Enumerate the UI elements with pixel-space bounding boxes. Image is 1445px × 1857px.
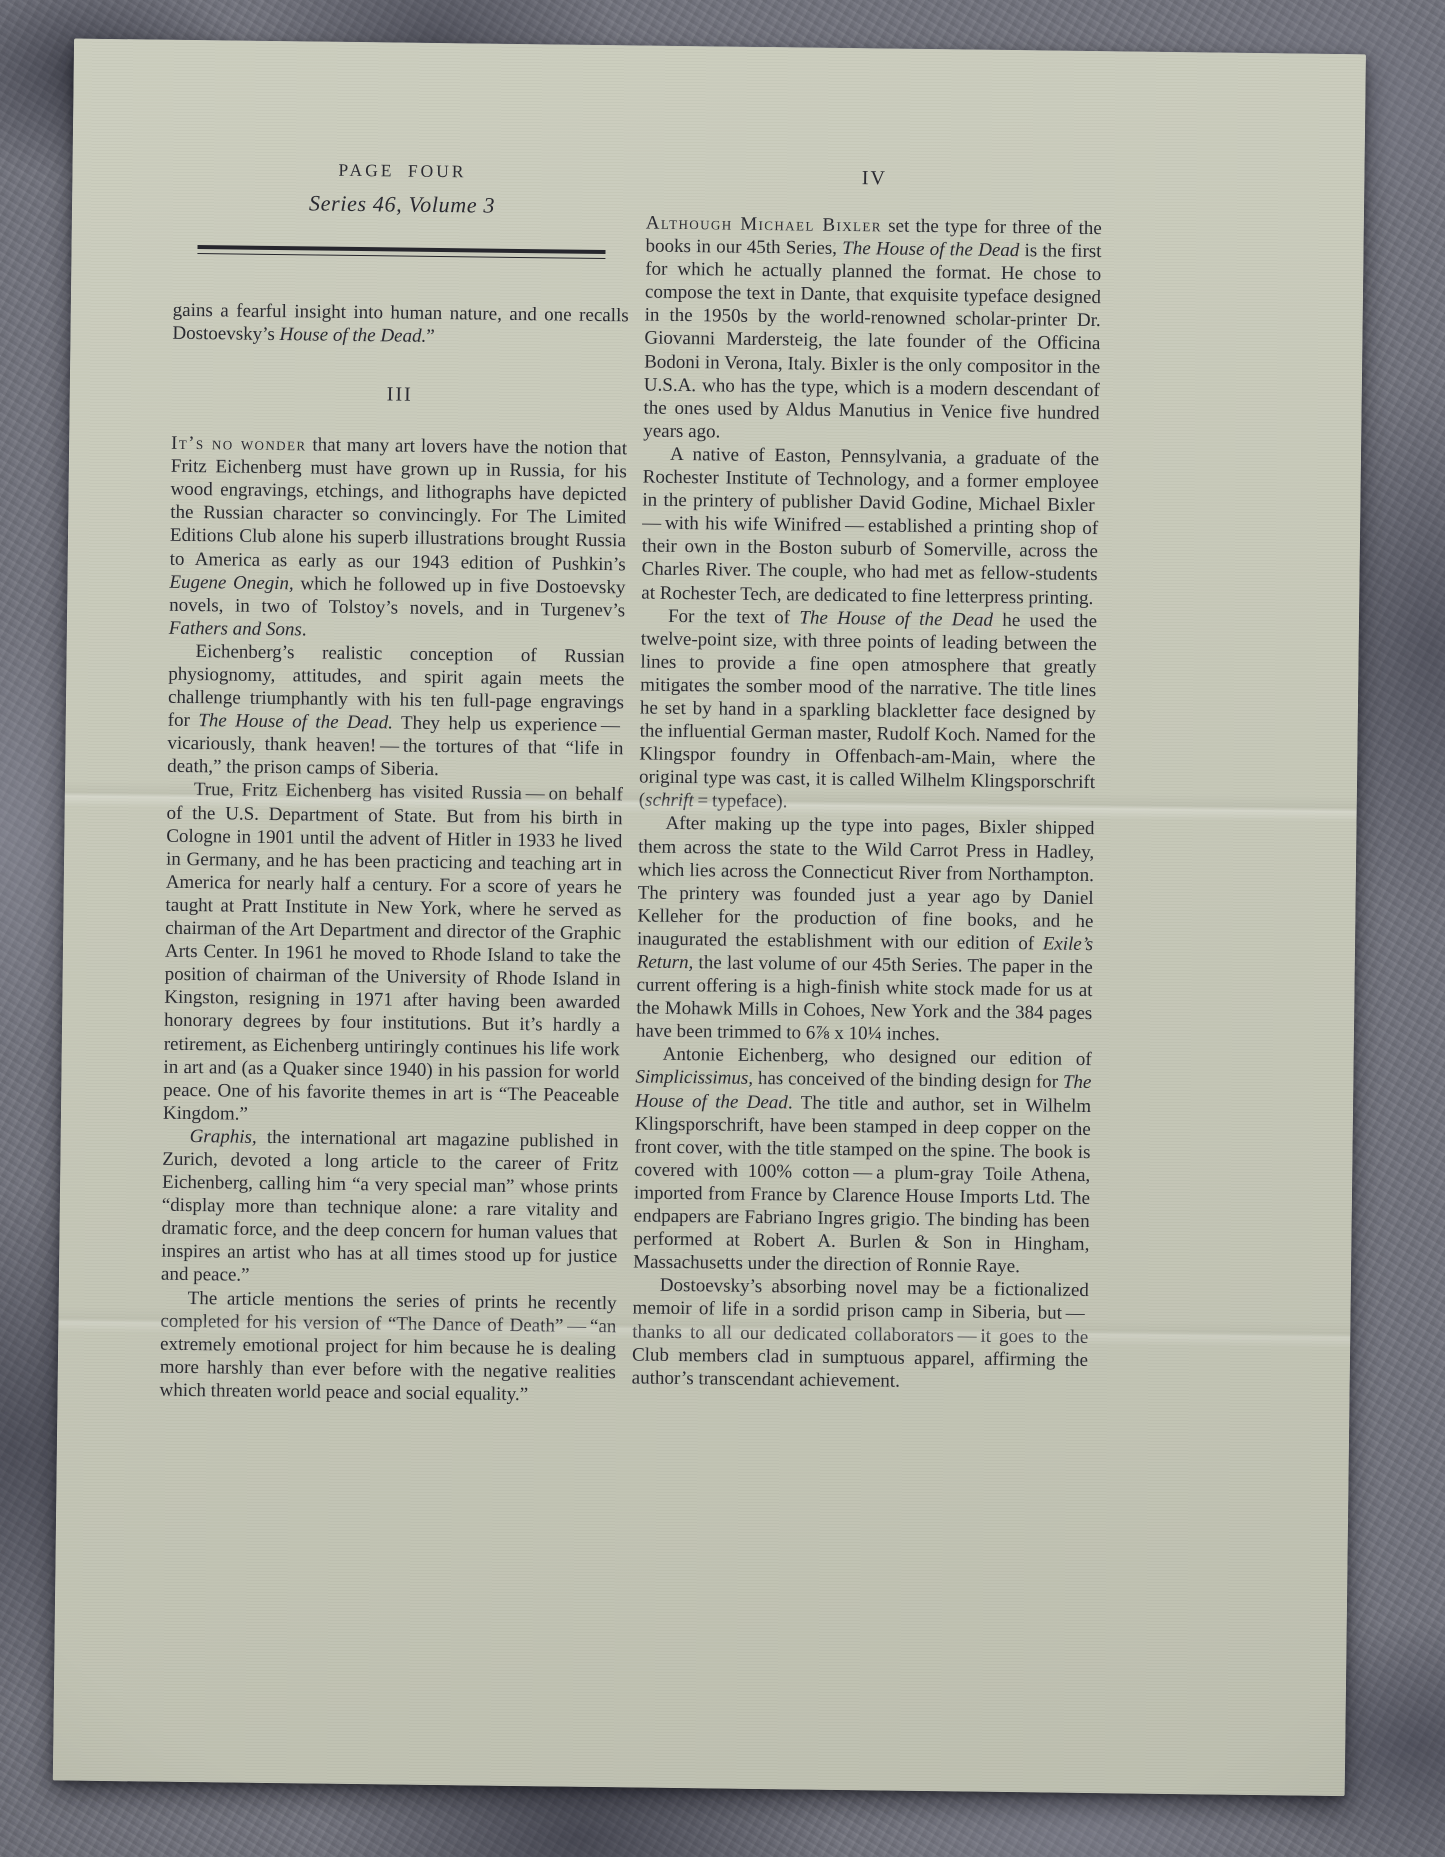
body-text: he used the twelve-point size, with thre… [639, 609, 1097, 811]
left-column: PAGE FOUR Series 46, Volume 3 gains a fe… [159, 158, 630, 1407]
document-page: PAGE FOUR Series 46, Volume 3 gains a fe… [53, 39, 1366, 1797]
issue-line: Series 46, Volume 3 [174, 189, 630, 220]
paragraph: Graphis, the international art magazine … [161, 1125, 619, 1292]
body-text: is the first for which he actually plann… [643, 240, 1101, 442]
body-text: Antonie Eichenberg, who designed our edi… [663, 1044, 1092, 1070]
italic-title: Simplicissimus, [635, 1067, 753, 1089]
paragraph: Dostoevsky’s absorbing novel may be a fi… [632, 1274, 1089, 1395]
italic-title: The House of the Dead [842, 238, 1019, 261]
photo-background: PAGE FOUR Series 46, Volume 3 gains a fe… [0, 0, 1445, 1857]
body-text: The article mentions the series of print… [159, 1288, 616, 1406]
body-text: For the text of [668, 605, 800, 628]
paragraph: It’s no wonder that many art lovers have… [169, 432, 628, 645]
section-heading-iv: IV [646, 165, 1102, 193]
italic-title: The House of the Dead [799, 607, 993, 630]
paragraph: gains a fearful insight into human natur… [172, 299, 629, 351]
section-iii-body: It’s no wonder that many art lovers have… [159, 432, 627, 1407]
section-iv-body: Although Michael Bixler set the type for… [632, 212, 1102, 1395]
small-caps-opener: Although Michael Bixler [646, 213, 882, 237]
double-rule [197, 245, 605, 259]
right-column: IV Although Michael Bixler set the type … [632, 164, 1103, 1395]
body-text: . [302, 619, 307, 640]
paragraph: A native of Easton, Pennsylvania, a grad… [641, 442, 1099, 609]
paragraph: Although Michael Bixler set the type for… [643, 212, 1102, 448]
paragraph: The article mentions the series of print… [159, 1286, 616, 1407]
double-rule-thin-line [197, 253, 605, 259]
paragraph: Eichenberg’s realistic conception of Rus… [167, 640, 625, 784]
italic-title: Eugene Onegin, [169, 571, 294, 594]
page-number: PAGE FOUR [174, 158, 630, 184]
body-text: the international art magazine published… [161, 1127, 619, 1286]
section-heading-iii: III [172, 381, 628, 409]
body-text: True, Fritz Eichenberg has visited Russi… [163, 780, 623, 1125]
body-text: After making up the type into pages, Bix… [637, 813, 1095, 954]
paragraph: Antonie Eichenberg, who designed our edi… [633, 1043, 1092, 1279]
body-text: Dostoevsky’s absorbing novel may be a fi… [632, 1275, 1089, 1391]
italic-title: The House of the Dead. [198, 710, 393, 733]
paragraph: True, Fritz Eichenberg has visited Russi… [163, 778, 623, 1130]
body-text: = typeface). [694, 791, 788, 813]
italic-title: Graphis, [190, 1126, 257, 1148]
italic-title: Fathers and Sons [169, 618, 302, 641]
body-text: the last volume of our 45th Series. The … [636, 952, 1093, 1045]
double-rule-thick-line [198, 245, 606, 253]
body-text: A native of Easton, Pennsylvania, a grad… [641, 444, 1099, 609]
italic-title: schrift [645, 790, 694, 812]
body-text: that many art lovers have the notion tha… [170, 434, 628, 574]
italic-title: House of the Dead. [279, 324, 426, 347]
paragraph: For the text of The House of the Dead he… [639, 604, 1098, 817]
body-text: has conceived of the binding design for [753, 1068, 1063, 1093]
paragraph: After making up the type into pages, Bix… [636, 812, 1095, 1048]
body-text: ” [426, 326, 435, 347]
small-caps-opener: It’s no wonder [171, 433, 307, 456]
body-text: . The title and author, set in Wilhelm K… [633, 1092, 1091, 1278]
continuation-text: gains a fearful insight into human natur… [172, 299, 629, 351]
